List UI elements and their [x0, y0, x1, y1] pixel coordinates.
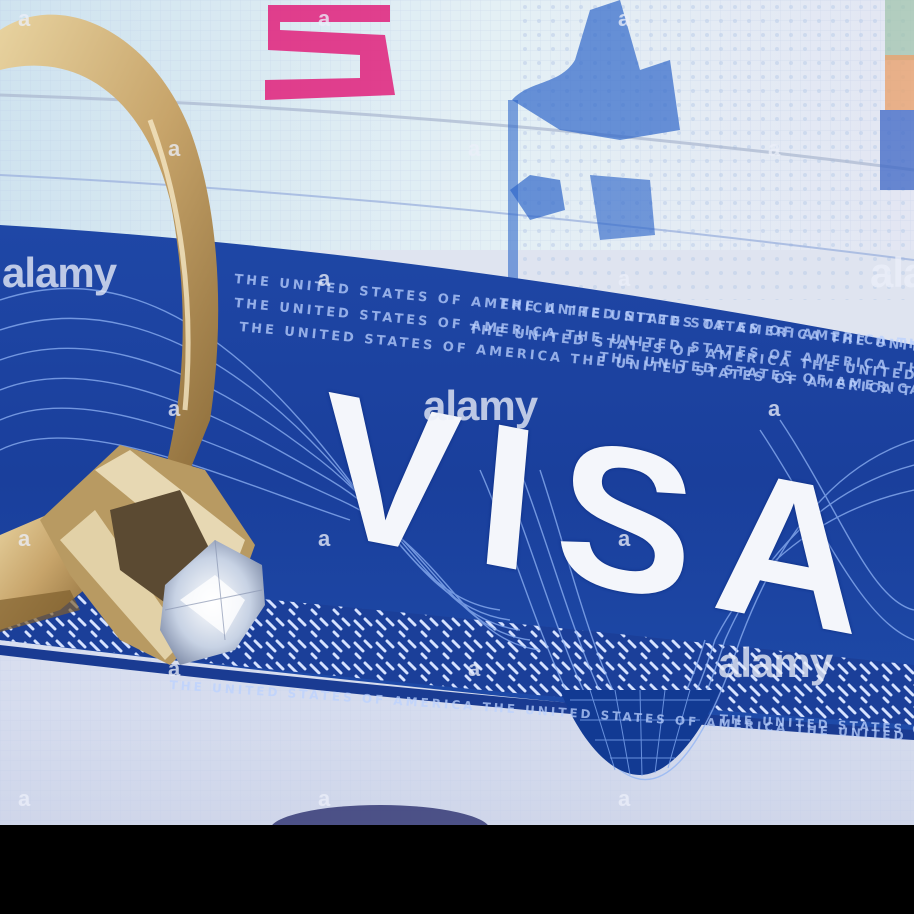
watermark-a: a [168, 398, 179, 420]
watermark-a: a [468, 658, 479, 680]
watermark-a: a [318, 528, 329, 550]
watermark-a: a [618, 268, 629, 290]
watermark-a: a [18, 528, 29, 550]
watermark-a: a [168, 138, 179, 160]
watermark-a: a [768, 398, 779, 420]
watermark-alamy: alamy [870, 252, 914, 294]
watermark-alamy: alamy [718, 642, 832, 684]
watermark-a: a [618, 8, 629, 30]
watermark-a: a [618, 788, 629, 810]
watermark-a: a [768, 138, 779, 160]
photo: THE UNITED STATES OF AMERICA THE UNITED … [0, 0, 914, 825]
watermark-a: a [318, 788, 329, 810]
watermark-alamy: alamy [2, 252, 116, 294]
watermark-a: a [318, 8, 329, 30]
watermark-a: a [468, 138, 479, 160]
watermark-a: a [18, 8, 29, 30]
watermark-a: a [168, 658, 179, 680]
watermark-a: a [618, 528, 629, 550]
letterbox-bar [0, 825, 914, 914]
watermark-a: a [318, 268, 329, 290]
watermark-a: a [18, 788, 29, 810]
watermark-alamy: alamy [423, 385, 537, 427]
